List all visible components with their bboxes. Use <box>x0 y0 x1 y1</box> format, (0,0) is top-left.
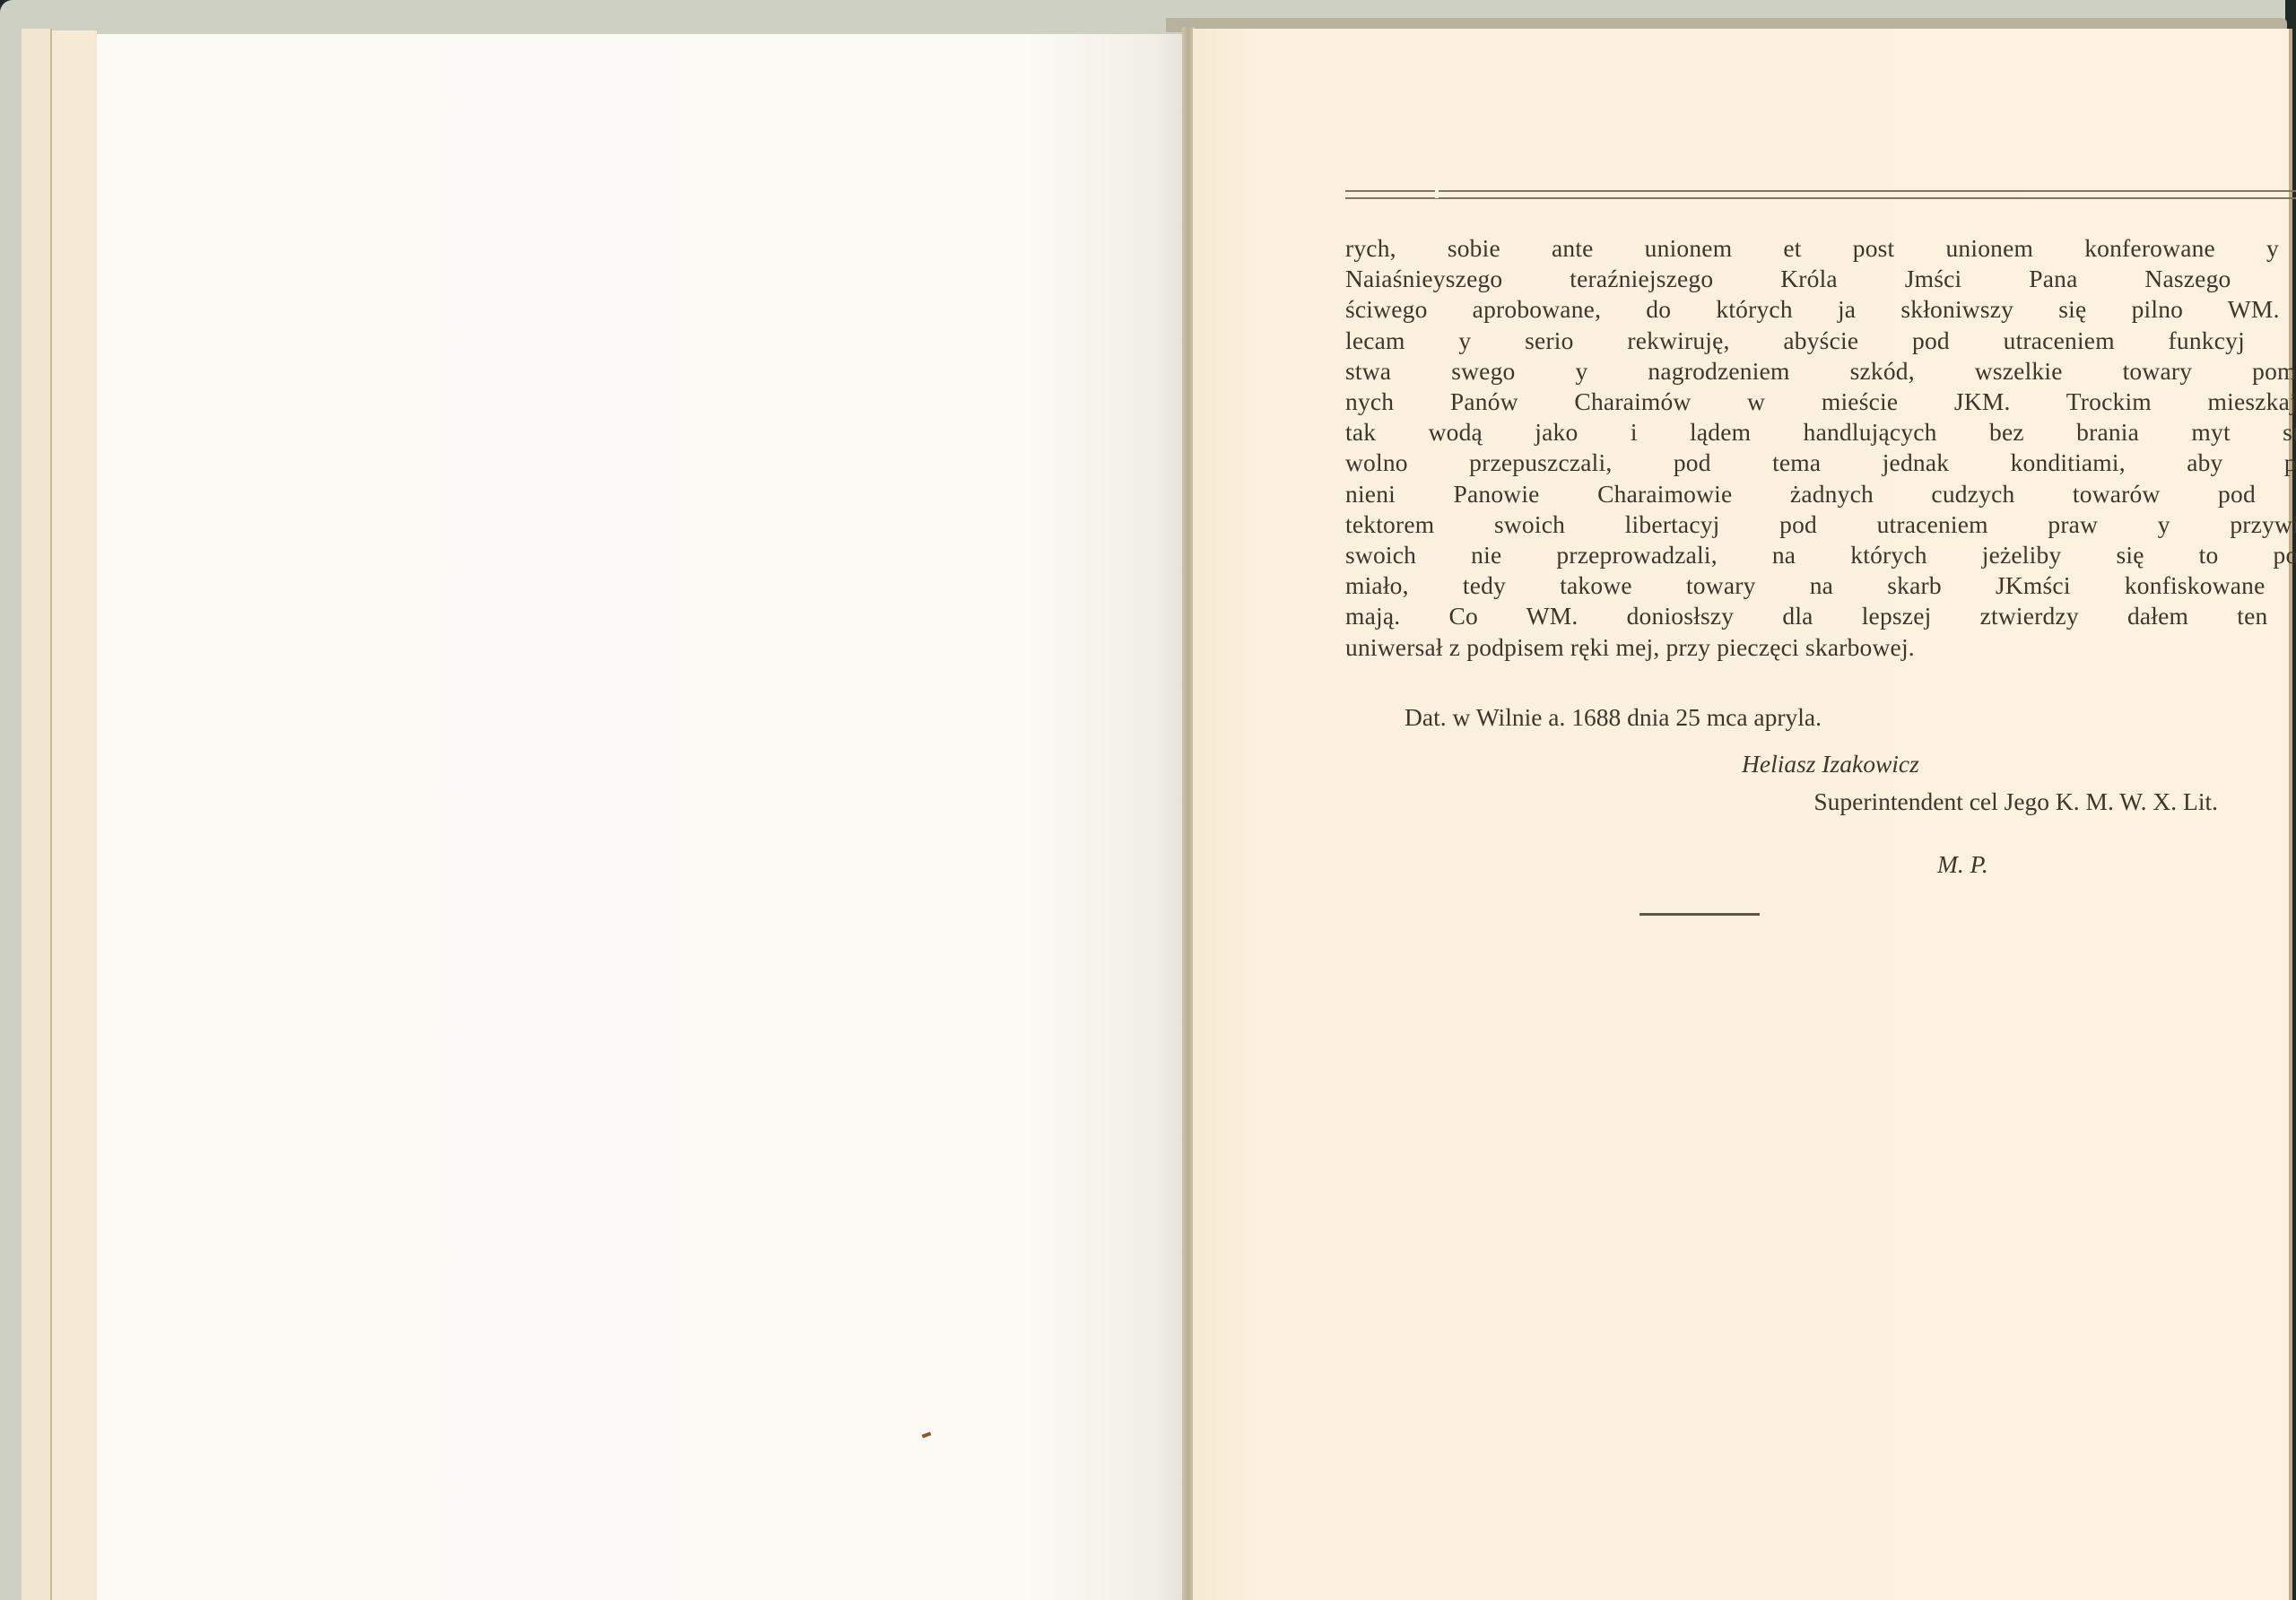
page-stack-edge-inner <box>52 30 98 1600</box>
seal-mark: M. P. <box>1937 850 1988 879</box>
right-page: 21 rych, sobie ante unionem et post unio… <box>1193 29 2292 1600</box>
left-page-blank <box>97 34 1186 1600</box>
text-line: miało, tedy takowe towary na skarb JKmśc… <box>1345 570 2296 601</box>
text-line: rych, sobie ante unionem et post unionem… <box>1345 233 2296 264</box>
text-line: mają. Co WM. doniosłszy dla lepszej ztwi… <box>1345 601 2296 631</box>
header-rule <box>1345 190 2296 199</box>
text-line: stwa swego y nagrodzeniem szkód, wszelki… <box>1345 356 2296 387</box>
body-text: rych, sobie ante unionem et post unionem… <box>1345 233 2296 663</box>
text-line: uniwersał z podpisem ręki mej, przy piec… <box>1345 632 2296 663</box>
date-line: Dat. w Wilnie a. 1688 dnia 25 mca apryla… <box>1405 703 1822 732</box>
text-line: tak wodą jako i lądem handlujących bez b… <box>1345 417 2296 448</box>
text-line: lecam y serio rekwiruję, abyście pod utr… <box>1345 326 2296 356</box>
paper-mark <box>922 1431 932 1438</box>
end-rule <box>1639 913 1760 916</box>
text-line: nieni Panowie Charaimowie żadnych cudzyc… <box>1345 479 2296 509</box>
page-stack-edge <box>22 29 52 1600</box>
text-line: nych Panów Charaimów w mieście JKM. Troc… <box>1345 387 2296 417</box>
signature: Heliasz Izakowicz <box>1742 750 1919 778</box>
rule-gap <box>1435 189 1439 198</box>
text-line: tektorem swoich libertacyj pod utracenie… <box>1345 509 2296 540</box>
signatory-title: Superintendent cel Jego K. M. W. X. Lit. <box>1813 787 2218 816</box>
text-line: swoich nie przeprowadzali, na których je… <box>1345 540 2296 570</box>
text-line: ściwego aprobowane, do których ja skłoni… <box>1345 294 2296 325</box>
text-line: wolno przepuszczali, pod tema jednak kon… <box>1345 448 2296 478</box>
text-line: Naiaśnieyszego teraźniejszego Króla Jmśc… <box>1345 264 2296 294</box>
